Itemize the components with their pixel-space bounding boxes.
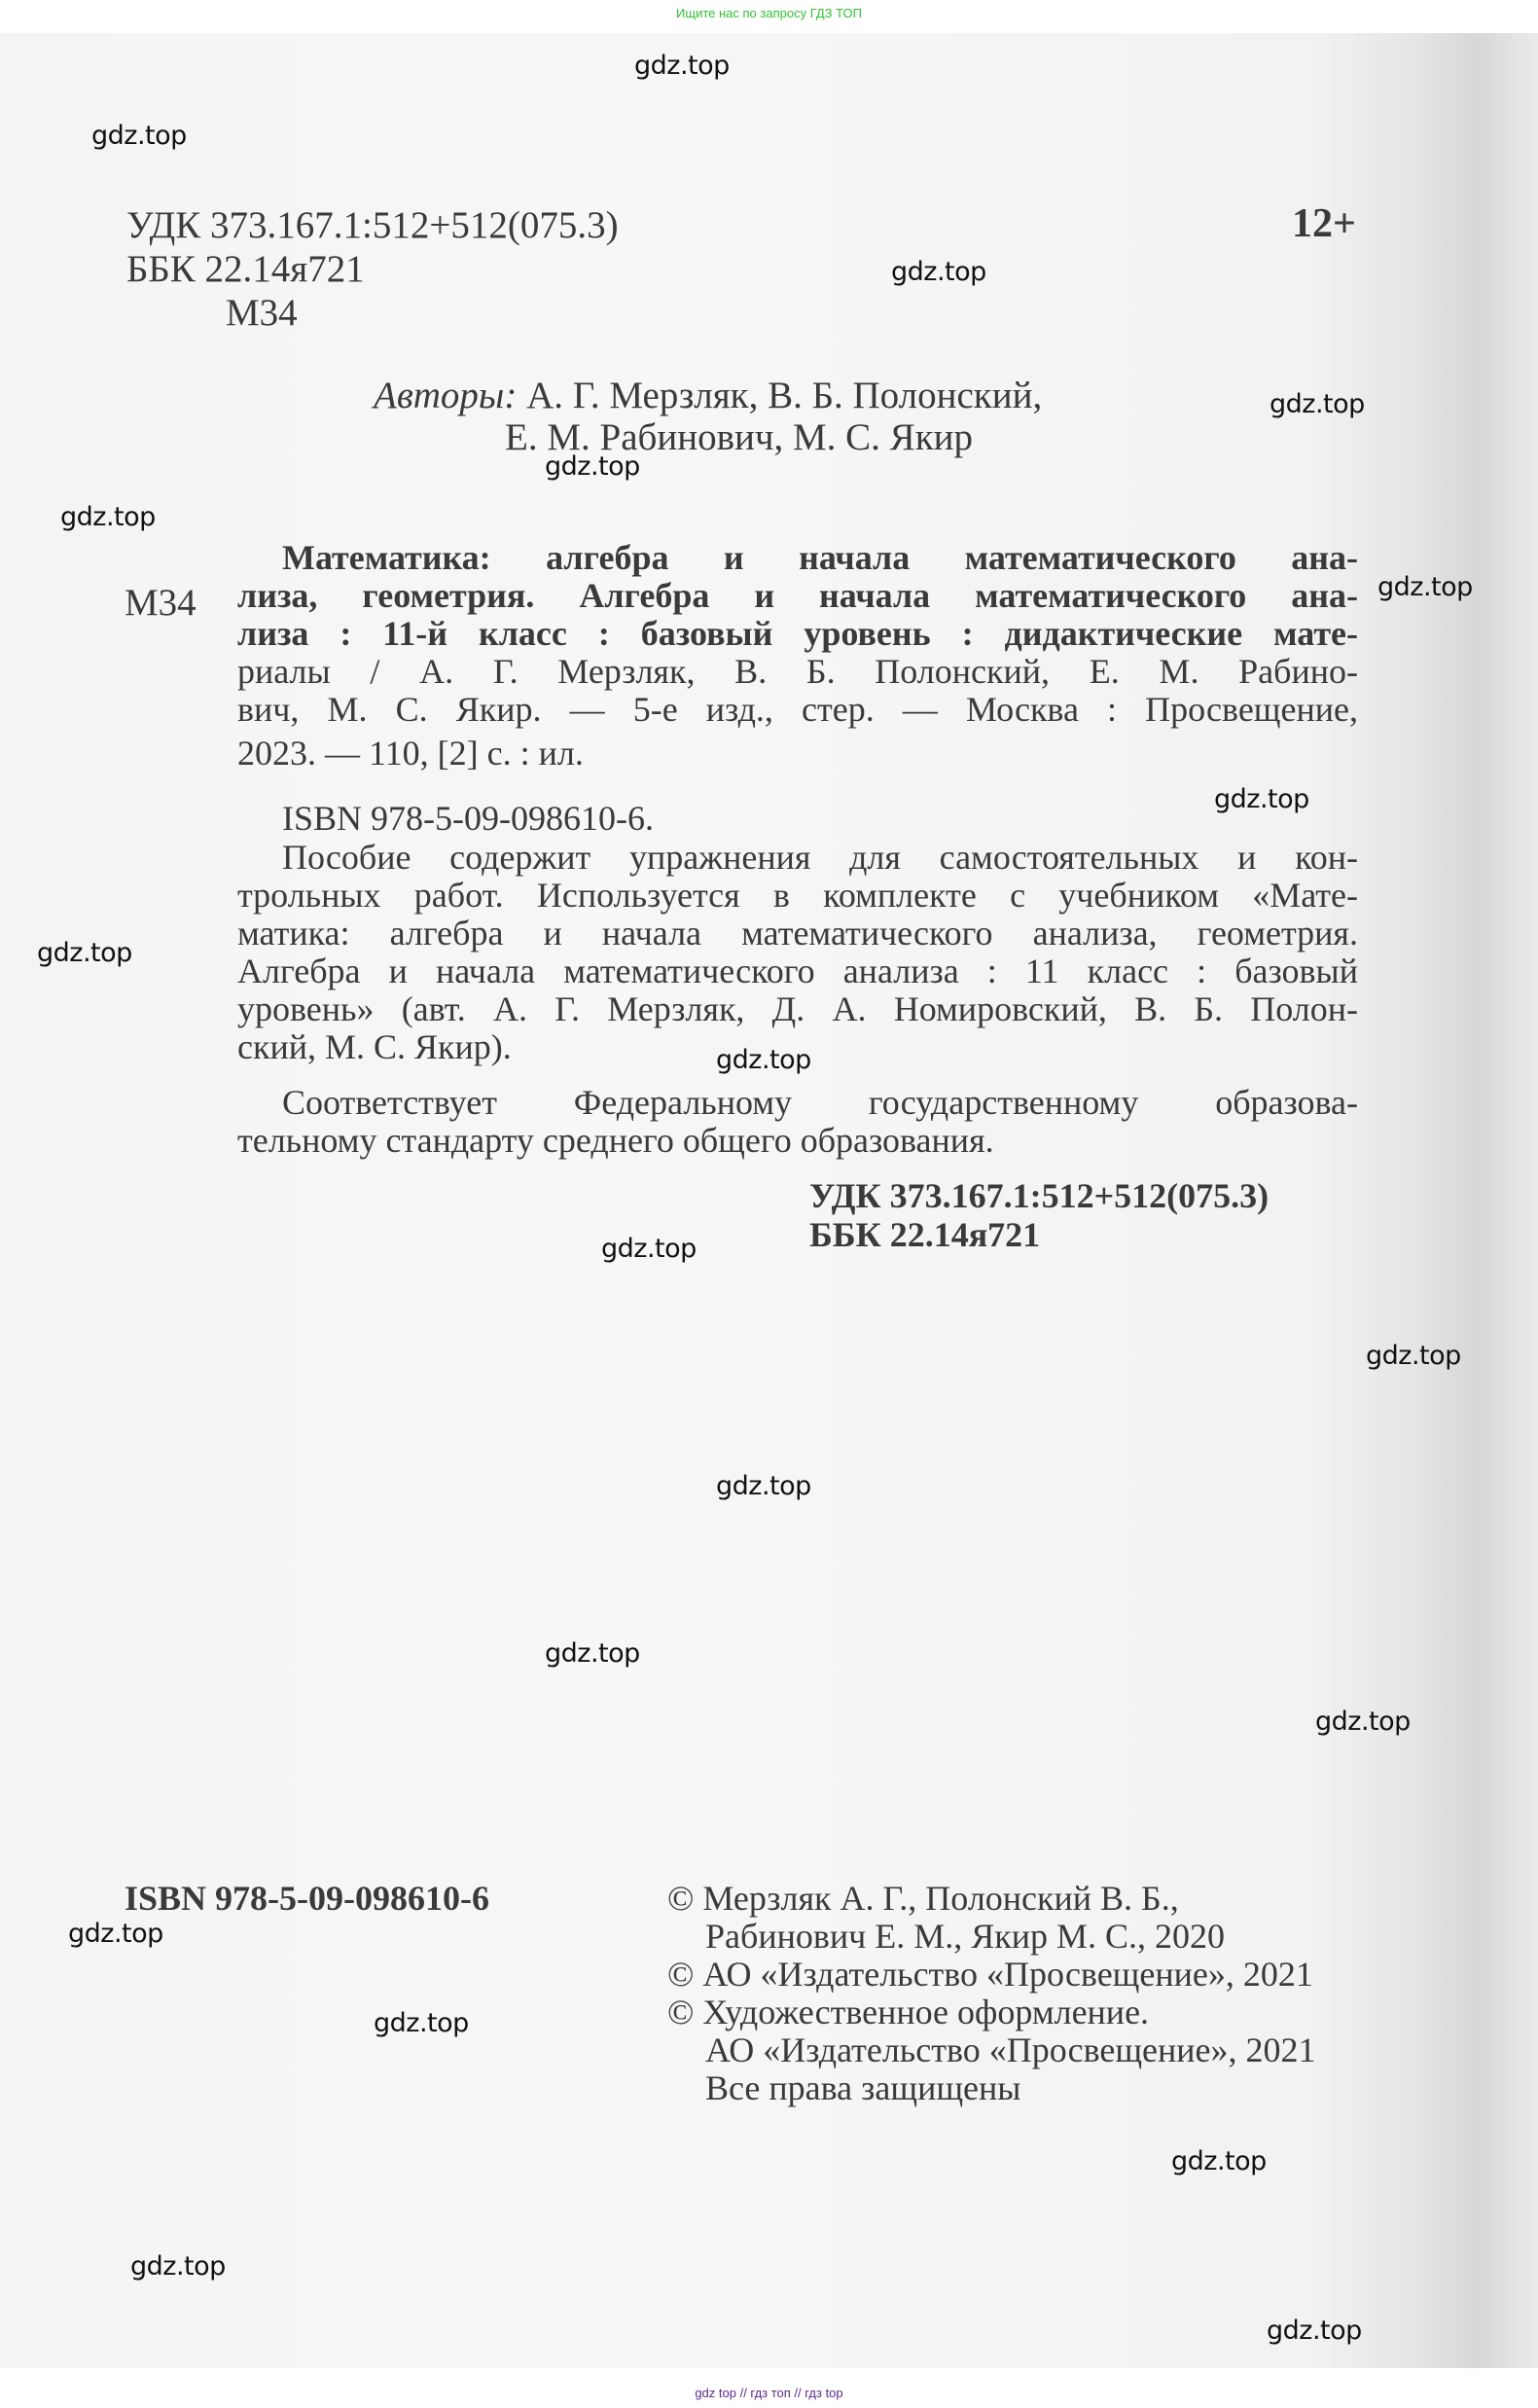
watermark-text: gdz.top <box>1270 389 1365 419</box>
catalog-isbn: ISBN 978-5-09-098610-6. <box>282 800 654 838</box>
description-line: трольных работ. Используется в комплекте… <box>237 877 1358 915</box>
watermark-text: gdz.top <box>1315 1707 1411 1737</box>
watermark-text: gdz.top <box>60 502 156 532</box>
watermark-text: gdz.top <box>545 451 640 482</box>
catalog-line: риалы / А. Г. Мерзляк, В. Б. Полонский, … <box>237 653 1358 691</box>
watermark-text: gdz.top <box>601 1234 697 1264</box>
authors-names-1: А. Г. Мерзляк, В. Б. Полонский, <box>526 375 1042 416</box>
top-banner: Ищите нас по запросу ГДЗ ТОП <box>0 0 1538 29</box>
watermark-text: gdz.top <box>716 1471 811 1501</box>
catalog-code-side: М34 <box>125 584 197 623</box>
watermark-text: gdz.top <box>1171 2146 1267 2176</box>
description-line: матика: алгебра и начала математического… <box>237 915 1358 952</box>
description-line: Пособие содержит упражнения для самостоя… <box>237 839 1358 877</box>
description-line: уровень» (авт. А. Г. Мерзляк, Д. А. Номи… <box>237 990 1358 1028</box>
description-line-last: ский, М. С. Якир). <box>237 1028 512 1066</box>
watermark-text: gdz.top <box>634 51 730 81</box>
isbn-bottom: ISBN 978-5-09-098610-6 <box>125 1880 489 1918</box>
catalog-line: лиза : 11-й класс : базовый уровень : ди… <box>237 615 1358 653</box>
copyright-line: © Художественное оформление. <box>667 1994 1316 2031</box>
description-line: Алгебра и начала математического анализа… <box>237 952 1358 990</box>
standard-line: Соответствует Федеральному государственн… <box>237 1084 1358 1122</box>
catalog-title-first: Математика: алгебра и начала математичес… <box>282 539 1358 577</box>
authors-line-1: Авторы: А. Г. Мерзляк, В. Б. Полонский, <box>374 377 1042 415</box>
copyright-line: © АО «Издательство «Просвещение», 2021 <box>667 1956 1316 1994</box>
catalog-entry: лиза, геометрия. Алгебра и начала матема… <box>237 577 1358 729</box>
catalog-line: лиза, геометрия. Алгебра и начала матема… <box>237 577 1358 615</box>
copyright-line: АО «Издательство «Просвещение», 2021 <box>667 2031 1316 2069</box>
watermark-text: gdz.top <box>130 2251 226 2282</box>
watermark-text: gdz.top <box>891 257 986 287</box>
standard-line-last: тельному стандарту среднего общего образ… <box>237 1122 994 1160</box>
watermark-text: gdz.top <box>374 2008 469 2038</box>
bbk-code: ББК 22.14я721 <box>126 250 365 289</box>
watermark-text: gdz.top <box>1214 784 1309 814</box>
authors-label: Авторы: <box>374 375 517 416</box>
copyright-line: Рабинович Е. М., Якир М. С., 2020 <box>667 1918 1316 1956</box>
footer-bbk: ББК 22.14я721 <box>809 1216 1040 1254</box>
copyright-line: Все права защищены <box>667 2069 1316 2107</box>
watermark-text: gdz.top <box>716 1045 811 1075</box>
copyright-block: © Мерзляк А. Г., Полонский В. Б., Рабино… <box>667 1880 1316 2107</box>
watermark-text: gdz.top <box>1267 2316 1362 2346</box>
copyright-line: © Мерзляк А. Г., Полонский В. Б., <box>667 1880 1316 1918</box>
age-rating: 12+ <box>1292 204 1356 243</box>
udk-code: УДК 373.167.1:512+512(075.3) <box>126 206 619 245</box>
footer-udk: УДК 373.167.1:512+512(075.3) <box>809 1177 1269 1215</box>
watermark-text: gdz.top <box>91 121 187 151</box>
watermark-text: gdz.top <box>545 1638 640 1669</box>
watermark-text: gdz.top <box>68 1919 163 1949</box>
description: Пособие содержит упражнения для самостоя… <box>237 839 1358 1028</box>
catalog-line-last: 2023. — 110, [2] с. : ил. <box>237 735 584 773</box>
catalog-code: М34 <box>226 294 298 333</box>
standard-note: Соответствует Федеральному государственн… <box>237 1084 1358 1122</box>
catalog-line: вич, М. С. Якир. — 5-е изд., стер. — Мос… <box>237 691 1358 729</box>
watermark-text: gdz.top <box>37 938 132 968</box>
watermark-text: gdz.top <box>1377 572 1473 602</box>
watermark-text: gdz.top <box>1366 1341 1461 1371</box>
bottom-banner: gdz top // гдз топ // гдз top <box>0 2380 1538 2407</box>
catalog-line: Математика: алгебра и начала математичес… <box>282 539 1358 577</box>
